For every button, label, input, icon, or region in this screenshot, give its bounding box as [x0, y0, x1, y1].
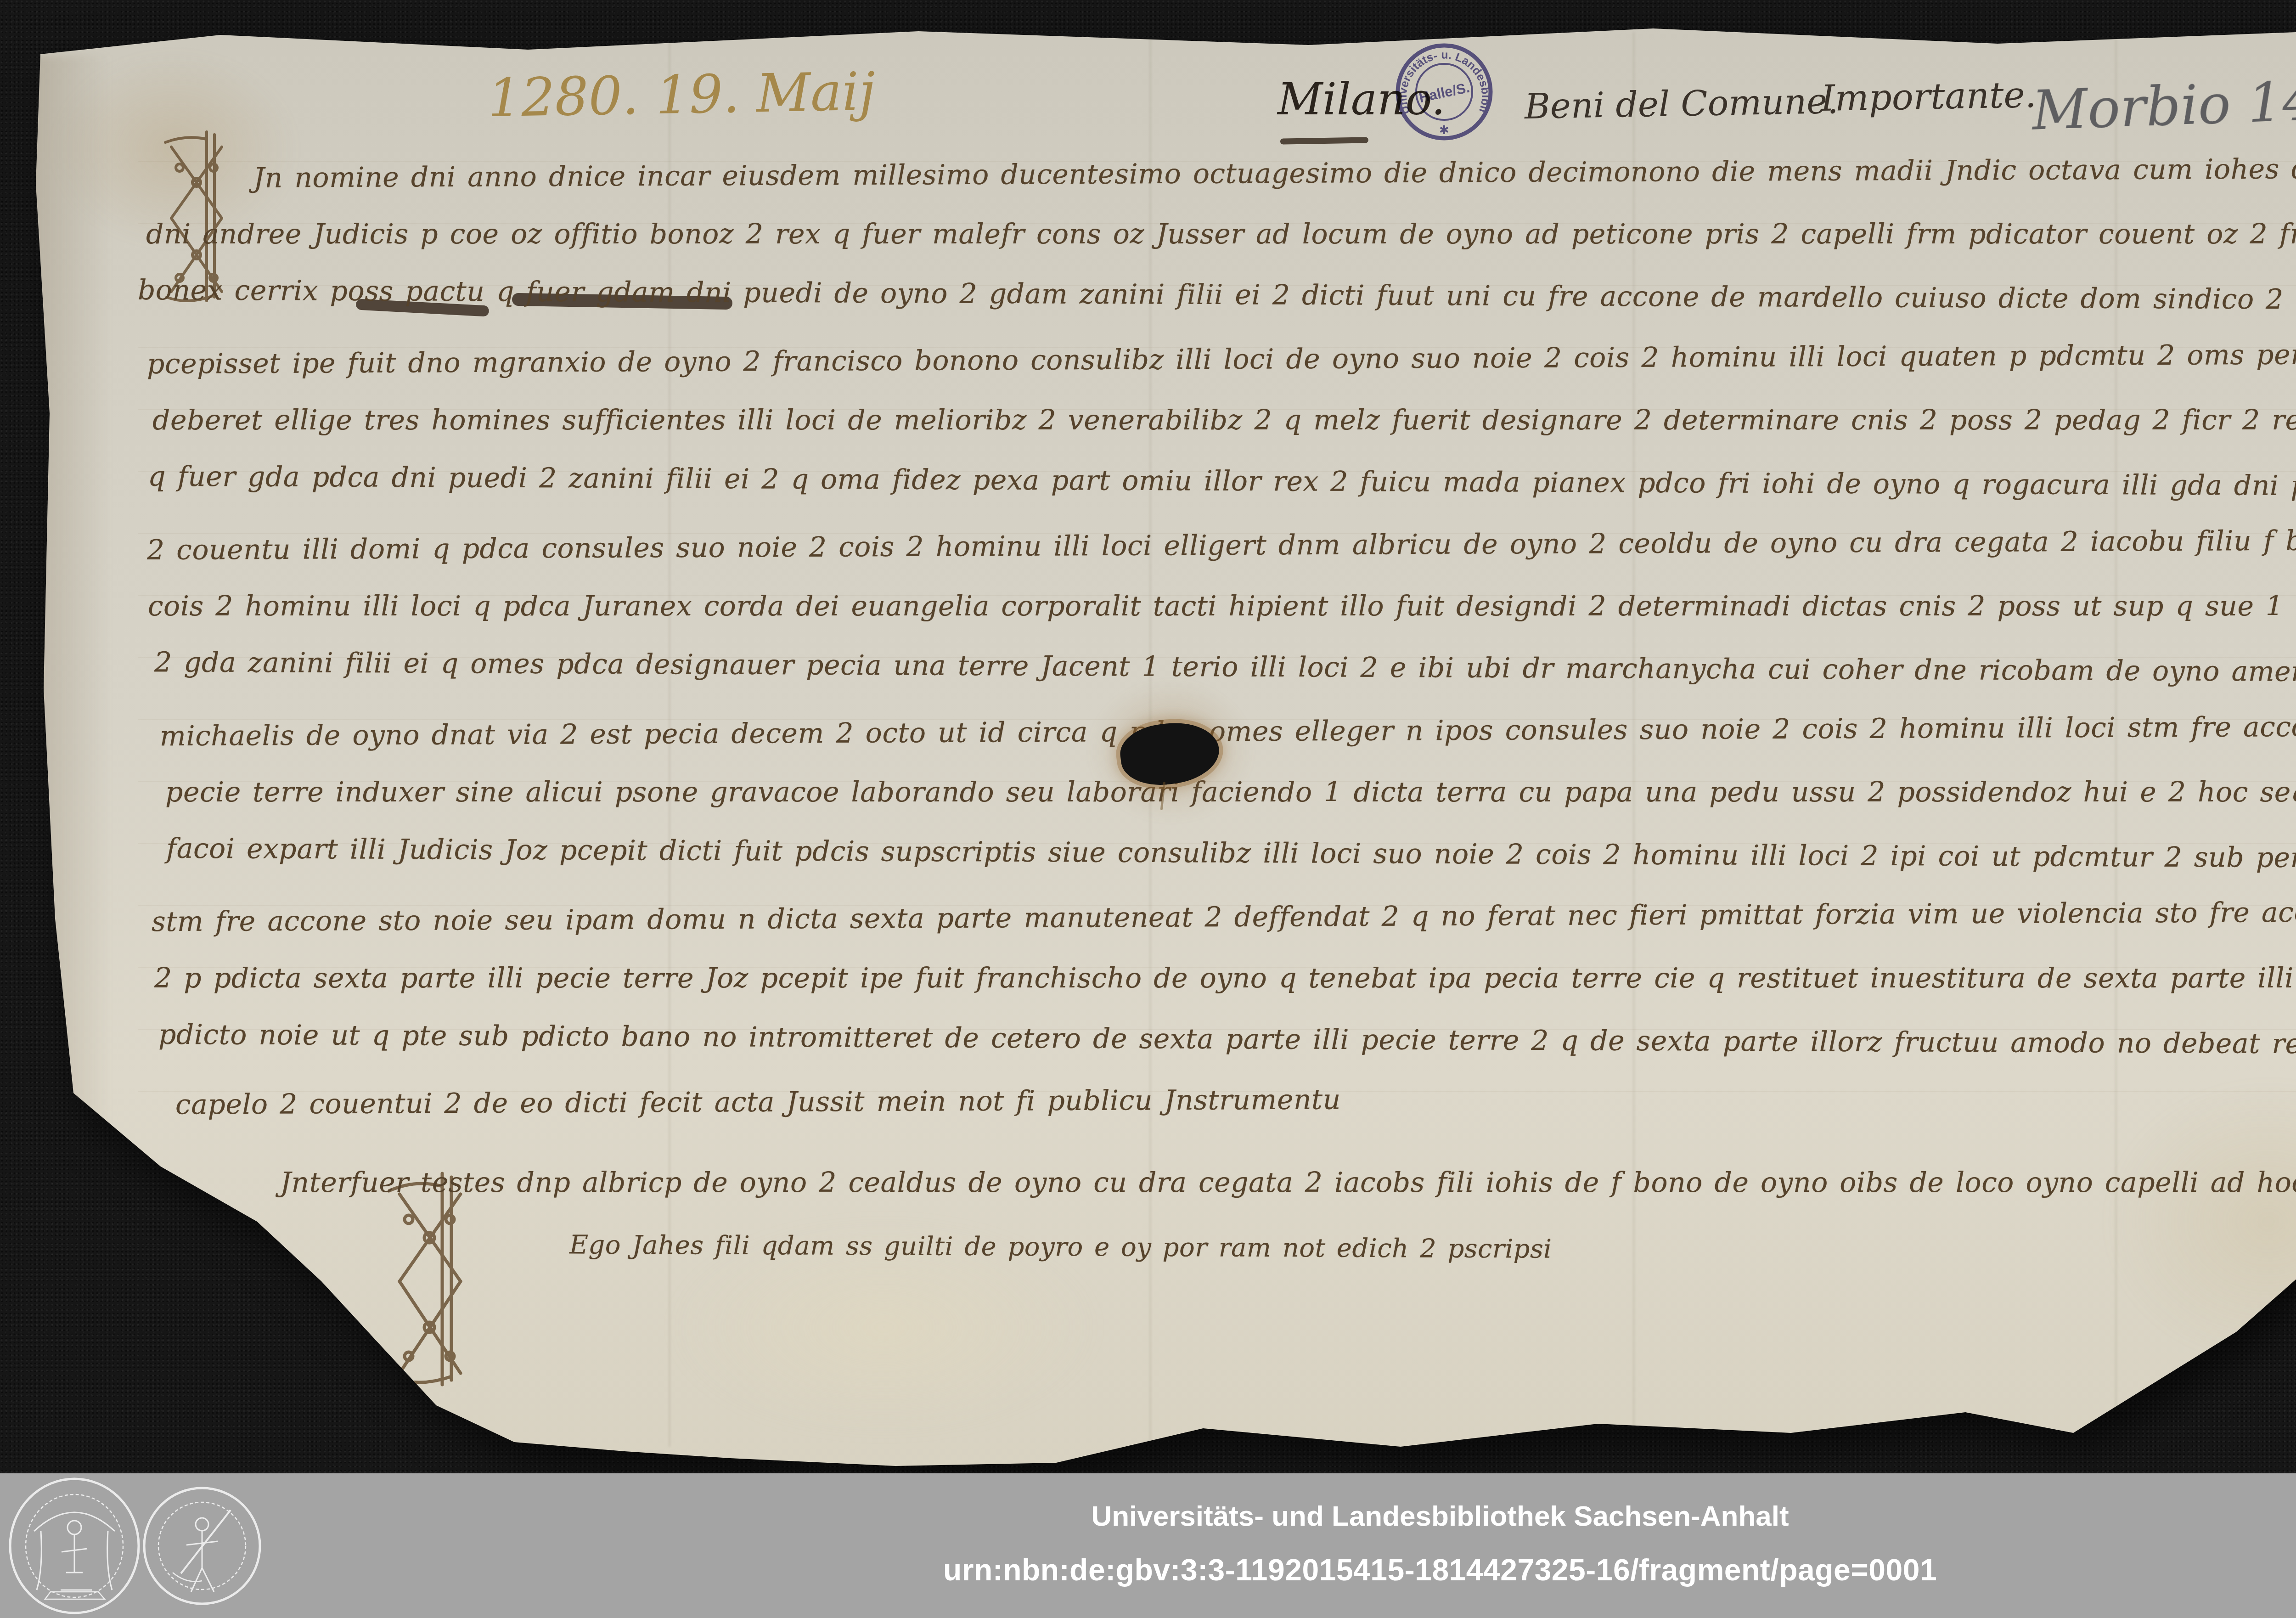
manuscript-line: Ego Jahes fili qdam ss guilti de poyro e…: [569, 1232, 1552, 1262]
university-seal-right: [141, 1476, 264, 1616]
importante-annotation: Importante.: [1820, 77, 2037, 117]
manuscript-line: Jnterfuer testes dnp albricp de oyno 2 c…: [280, 1169, 2296, 1196]
stain: [28, 55, 110, 1134]
underline-flourish: [1280, 137, 1368, 144]
manuscript-line: 2 p pdicta sexta parte illi pecie terre …: [154, 964, 2296, 992]
beni-annotation: Beni del Comune.: [1524, 84, 1839, 124]
manuscript-line: pecie terre induxer sine alicui psone gr…: [165, 778, 2296, 806]
stamp-ring-text: Universitäts- u. Landesbibliothek: [1394, 41, 1492, 116]
shelfmark-annotation: Morbio 14(6): [2031, 71, 2296, 137]
stamp-center-text: Halle/S.: [1418, 79, 1471, 106]
manuscript-line: Jn nomine dni anno dnice incar eiusdem m…: [253, 152, 2296, 192]
stamp-star: ✱: [1439, 123, 1449, 137]
scan-background: 1280. 19. Maij Milano. Beni del Comune. …: [0, 0, 2296, 1618]
manuscript-line: deberet ellige tres homines sufficientes…: [152, 406, 2296, 434]
footer-bar: Universitäts- und Landesbibliothek Sachs…: [0, 1473, 2296, 1618]
library-name: Universitäts- und Landesbibliothek Sachs…: [0, 1500, 2296, 1533]
notarial-sign-bottom: [388, 1169, 471, 1392]
manuscript-line: capelo 2 couentui 2 de eo dicti fecit ac…: [175, 1086, 1341, 1118]
university-seal-left: [6, 1476, 142, 1616]
document-urn: urn:nbn:de:gbv:3:3-1192015415-1814427325…: [0, 1552, 2296, 1587]
manuscript-line: dni andree Judicis p coe oz offitio bono…: [146, 220, 2296, 248]
date-annotation: 1280. 19. Maij: [487, 66, 876, 125]
library-stamp: Universitäts- u. Landesbibliothek ✱ Hall…: [1394, 41, 1495, 142]
manuscript-line: cois 2 hominu illi loci q pdca Juranex c…: [148, 592, 2296, 620]
parchment-shadow: 1280. 19. Maij Milano. Beni del Comune. …: [0, 0, 2296, 1618]
